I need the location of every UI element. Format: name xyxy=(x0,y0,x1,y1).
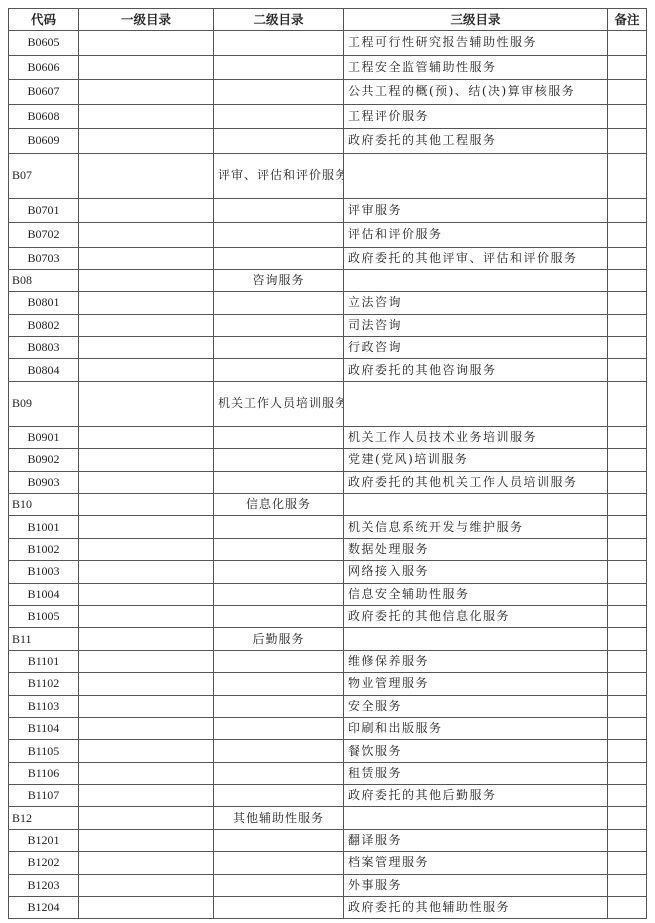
table-header: 代码 一级目录 二级目录 三级目录 备注 xyxy=(9,9,647,31)
cell-note xyxy=(608,31,647,56)
cell-level3: 网络接入服务 xyxy=(344,561,608,583)
cell-note xyxy=(608,852,647,874)
cell-note xyxy=(608,673,647,695)
cell-level3 xyxy=(344,807,608,829)
cell-level1 xyxy=(79,717,214,739)
table-row: B0804 政府委托的其他咨询服务 xyxy=(9,359,647,381)
cell-level3: 政府委托的其他工程服务 xyxy=(344,129,608,154)
cell-code: B1203 xyxy=(9,874,79,896)
cell-level2 xyxy=(214,583,344,605)
cell-level2 xyxy=(214,292,344,314)
cell-note xyxy=(608,695,647,717)
cell-level3: 机关信息系统开发与维护服务 xyxy=(344,516,608,538)
cell-level1 xyxy=(79,494,214,516)
cell-code: B0701 xyxy=(9,198,79,223)
table-group-row: B11 后勤服务 xyxy=(9,628,647,650)
cell-level1 xyxy=(79,359,214,381)
cell-code: B0608 xyxy=(9,104,79,129)
cell-level3: 物业管理服务 xyxy=(344,673,608,695)
cell-note xyxy=(608,829,647,851)
cell-level2 xyxy=(214,223,344,248)
cell-code: B1102 xyxy=(9,673,79,695)
header-note: 备注 xyxy=(608,9,647,31)
cell-note xyxy=(608,337,647,359)
cell-level2: 机关工作人员培训服务 xyxy=(214,381,344,426)
cell-level1 xyxy=(79,104,214,129)
cell-code: B0802 xyxy=(9,314,79,336)
cell-note xyxy=(608,292,647,314)
cell-note xyxy=(608,104,647,129)
cell-level2: 信息化服务 xyxy=(214,494,344,516)
cell-level2: 咨询服务 xyxy=(214,269,344,291)
table-row: B0605 工程可行性研究报告辅助性服务 xyxy=(9,31,647,56)
cell-code: B10 xyxy=(9,494,79,516)
cell-level2 xyxy=(214,104,344,129)
table-row: B1201 翻译服务 xyxy=(9,829,647,851)
cell-level3: 政府委托的其他辅助性服务 xyxy=(344,897,608,919)
cell-note xyxy=(608,628,647,650)
cell-level2: 评审、评估和评价服务 xyxy=(214,153,344,198)
cell-note xyxy=(608,223,647,248)
table-row: B1002 数据处理服务 xyxy=(9,538,647,560)
cell-level3: 政府委托的其他咨询服务 xyxy=(344,359,608,381)
table-group-row: B07 评审、评估和评价服务 xyxy=(9,153,647,198)
header-code: 代码 xyxy=(9,9,79,31)
cell-note xyxy=(608,605,647,627)
cell-code: B12 xyxy=(9,807,79,829)
cell-level3: 安全服务 xyxy=(344,695,608,717)
cell-level2 xyxy=(214,874,344,896)
cell-level2 xyxy=(214,80,344,105)
header-level1: 一级目录 xyxy=(79,9,214,31)
cell-level1 xyxy=(79,449,214,471)
table-row: B1202 档案管理服务 xyxy=(9,852,647,874)
cell-level1 xyxy=(79,292,214,314)
cell-level3: 维修保养服务 xyxy=(344,650,608,672)
table-row: B0902 党建(党风)培训服务 xyxy=(9,449,647,471)
cell-level3: 印刷和出版服务 xyxy=(344,717,608,739)
cell-note xyxy=(608,874,647,896)
cell-note xyxy=(608,807,647,829)
cell-level1 xyxy=(79,740,214,762)
cell-note xyxy=(608,381,647,426)
cell-note xyxy=(608,269,647,291)
table-row: B0802 司法咨询 xyxy=(9,314,647,336)
cell-level1 xyxy=(79,605,214,627)
table-group-row: B12 其他辅助性服务 xyxy=(9,807,647,829)
cell-level2: 后勤服务 xyxy=(214,628,344,650)
cell-level3 xyxy=(344,153,608,198)
cell-level2 xyxy=(214,673,344,695)
cell-code: B0803 xyxy=(9,337,79,359)
cell-note xyxy=(608,762,647,784)
cell-code: B0901 xyxy=(9,426,79,448)
cell-note xyxy=(608,740,647,762)
cell-note xyxy=(608,449,647,471)
cell-level1 xyxy=(79,55,214,80)
table-group-row: B10 信息化服务 xyxy=(9,494,647,516)
cell-level1 xyxy=(79,153,214,198)
cell-level1 xyxy=(79,471,214,493)
cell-note xyxy=(608,516,647,538)
cell-level1 xyxy=(79,829,214,851)
cell-level3: 政府委托的其他信息化服务 xyxy=(344,605,608,627)
cell-code: B1204 xyxy=(9,897,79,919)
cell-level1 xyxy=(79,337,214,359)
table-group-row: B08 咨询服务 xyxy=(9,269,647,291)
cell-code: B0902 xyxy=(9,449,79,471)
cell-level1 xyxy=(79,80,214,105)
table-row: B0606 工程安全监管辅助性服务 xyxy=(9,55,647,80)
cell-note xyxy=(608,247,647,269)
cell-level2 xyxy=(214,561,344,583)
cell-code: B1107 xyxy=(9,785,79,807)
cell-code: B09 xyxy=(9,381,79,426)
cell-level1 xyxy=(79,785,214,807)
cell-level3 xyxy=(344,494,608,516)
cell-level2 xyxy=(214,538,344,560)
cell-level3: 餐饮服务 xyxy=(344,740,608,762)
cell-code: B1004 xyxy=(9,583,79,605)
table-row: B1107 政府委托的其他后勤服务 xyxy=(9,785,647,807)
cell-level1 xyxy=(79,897,214,919)
cell-level2 xyxy=(214,31,344,56)
cell-code: B1104 xyxy=(9,717,79,739)
cell-note xyxy=(608,494,647,516)
header-row: 代码 一级目录 二级目录 三级目录 备注 xyxy=(9,9,647,31)
cell-code: B0703 xyxy=(9,247,79,269)
cell-code: B0606 xyxy=(9,55,79,80)
cell-note xyxy=(608,153,647,198)
table-row: B1103 安全服务 xyxy=(9,695,647,717)
cell-level2 xyxy=(214,650,344,672)
cell-level1 xyxy=(79,852,214,874)
table-row: B0608 工程评价服务 xyxy=(9,104,647,129)
cell-code: B1103 xyxy=(9,695,79,717)
cell-level1 xyxy=(79,426,214,448)
table-row: B0801 立法咨询 xyxy=(9,292,647,314)
cell-level3: 数据处理服务 xyxy=(344,538,608,560)
cell-code: B1106 xyxy=(9,762,79,784)
cell-level3: 立法咨询 xyxy=(344,292,608,314)
cell-level1 xyxy=(79,762,214,784)
table-row: B0703 政府委托的其他评审、评估和评价服务 xyxy=(9,247,647,269)
table-row: B0607 公共工程的概(预)、结(决)算审核服务 xyxy=(9,80,647,105)
cell-level2 xyxy=(214,55,344,80)
cell-code: B1202 xyxy=(9,852,79,874)
cell-level1 xyxy=(79,516,214,538)
service-catalog-table: 代码 一级目录 二级目录 三级目录 备注 B0605 工程可行性研究报告辅助性服… xyxy=(8,8,647,919)
cell-level3: 党建(党风)培训服务 xyxy=(344,449,608,471)
cell-level1 xyxy=(79,807,214,829)
cell-level2 xyxy=(214,762,344,784)
cell-level2 xyxy=(214,471,344,493)
cell-level3: 工程安全监管辅助性服务 xyxy=(344,55,608,80)
cell-note xyxy=(608,785,647,807)
cell-code: B1005 xyxy=(9,605,79,627)
table-row: B1102 物业管理服务 xyxy=(9,673,647,695)
cell-level1 xyxy=(79,874,214,896)
table-row: B1105 餐饮服务 xyxy=(9,740,647,762)
cell-note xyxy=(608,583,647,605)
cell-level2 xyxy=(214,852,344,874)
cell-level1 xyxy=(79,223,214,248)
cell-level3: 机关工作人员技术业务培训服务 xyxy=(344,426,608,448)
cell-level1 xyxy=(79,583,214,605)
cell-level1 xyxy=(79,247,214,269)
table-row: B1101 维修保养服务 xyxy=(9,650,647,672)
cell-note xyxy=(608,129,647,154)
table-row: B0803 行政咨询 xyxy=(9,337,647,359)
table-row: B1106 租赁服务 xyxy=(9,762,647,784)
cell-code: B1101 xyxy=(9,650,79,672)
cell-level1 xyxy=(79,269,214,291)
cell-level1 xyxy=(79,695,214,717)
cell-note xyxy=(608,650,647,672)
table-row: B0609 政府委托的其他工程服务 xyxy=(9,129,647,154)
cell-code: B0801 xyxy=(9,292,79,314)
cell-level2 xyxy=(214,129,344,154)
cell-level2 xyxy=(214,198,344,223)
cell-note xyxy=(608,80,647,105)
cell-note xyxy=(608,426,647,448)
cell-level1 xyxy=(79,314,214,336)
cell-level2 xyxy=(214,426,344,448)
cell-code: B0804 xyxy=(9,359,79,381)
cell-level1 xyxy=(79,31,214,56)
table-row: B0901 机关工作人员技术业务培训服务 xyxy=(9,426,647,448)
table-row: B1005 政府委托的其他信息化服务 xyxy=(9,605,647,627)
cell-level2 xyxy=(214,247,344,269)
cell-code: B0605 xyxy=(9,31,79,56)
table-group-row: B09 机关工作人员培训服务 xyxy=(9,381,647,426)
cell-level2 xyxy=(214,359,344,381)
cell-note xyxy=(608,55,647,80)
cell-level3: 档案管理服务 xyxy=(344,852,608,874)
table-row: B1203 外事服务 xyxy=(9,874,647,896)
cell-level2 xyxy=(214,829,344,851)
cell-code: B0609 xyxy=(9,129,79,154)
cell-code: B1001 xyxy=(9,516,79,538)
cell-level3: 公共工程的概(预)、结(决)算审核服务 xyxy=(344,80,608,105)
cell-level3: 政府委托的其他评审、评估和评价服务 xyxy=(344,247,608,269)
cell-level3: 信息安全辅助性服务 xyxy=(344,583,608,605)
table-body: B0605 工程可行性研究报告辅助性服务 B0606 工程安全监管辅助性服务 B… xyxy=(9,31,647,919)
cell-level2 xyxy=(214,897,344,919)
cell-code: B08 xyxy=(9,269,79,291)
table-row: B1004 信息安全辅助性服务 xyxy=(9,583,647,605)
cell-level1 xyxy=(79,673,214,695)
table-row: B1204 政府委托的其他辅助性服务 xyxy=(9,897,647,919)
cell-note xyxy=(608,471,647,493)
cell-level3: 司法咨询 xyxy=(344,314,608,336)
cell-level3: 政府委托的其他机关工作人员培训服务 xyxy=(344,471,608,493)
cell-level3: 评估和评价服务 xyxy=(344,223,608,248)
cell-level2: 其他辅助性服务 xyxy=(214,807,344,829)
cell-level3: 外事服务 xyxy=(344,874,608,896)
cell-code: B1105 xyxy=(9,740,79,762)
table-row: B0903 政府委托的其他机关工作人员培训服务 xyxy=(9,471,647,493)
cell-level3: 翻译服务 xyxy=(344,829,608,851)
cell-level2 xyxy=(214,449,344,471)
cell-level1 xyxy=(79,650,214,672)
cell-code: B1201 xyxy=(9,829,79,851)
cell-level3: 评审服务 xyxy=(344,198,608,223)
cell-code: B1002 xyxy=(9,538,79,560)
cell-level1 xyxy=(79,561,214,583)
cell-level2 xyxy=(214,695,344,717)
table-row: B1001 机关信息系统开发与维护服务 xyxy=(9,516,647,538)
header-level3: 三级目录 xyxy=(344,9,608,31)
cell-code: B0607 xyxy=(9,80,79,105)
cell-code: B1003 xyxy=(9,561,79,583)
cell-note xyxy=(608,538,647,560)
cell-note xyxy=(608,717,647,739)
cell-level1 xyxy=(79,198,214,223)
cell-level2 xyxy=(214,785,344,807)
cell-note xyxy=(608,359,647,381)
cell-level3: 行政咨询 xyxy=(344,337,608,359)
cell-level1 xyxy=(79,628,214,650)
cell-level1 xyxy=(79,129,214,154)
cell-level3: 政府委托的其他后勤服务 xyxy=(344,785,608,807)
table-row: B1003 网络接入服务 xyxy=(9,561,647,583)
cell-level2 xyxy=(214,740,344,762)
cell-level3: 工程可行性研究报告辅助性服务 xyxy=(344,31,608,56)
cell-level2 xyxy=(214,717,344,739)
cell-code: B11 xyxy=(9,628,79,650)
table-row: B0702 评估和评价服务 xyxy=(9,223,647,248)
cell-level1 xyxy=(79,381,214,426)
header-level2: 二级目录 xyxy=(214,9,344,31)
cell-level3: 租赁服务 xyxy=(344,762,608,784)
cell-level3 xyxy=(344,269,608,291)
cell-level1 xyxy=(79,538,214,560)
cell-note xyxy=(608,314,647,336)
cell-level3: 工程评价服务 xyxy=(344,104,608,129)
cell-code: B0702 xyxy=(9,223,79,248)
cell-code: B0903 xyxy=(9,471,79,493)
cell-note xyxy=(608,198,647,223)
table-row: B1104 印刷和出版服务 xyxy=(9,717,647,739)
cell-level2 xyxy=(214,314,344,336)
cell-level2 xyxy=(214,337,344,359)
cell-level3 xyxy=(344,381,608,426)
cell-note xyxy=(608,897,647,919)
table-row: B0701 评审服务 xyxy=(9,198,647,223)
cell-level3 xyxy=(344,628,608,650)
cell-level2 xyxy=(214,605,344,627)
cell-note xyxy=(608,561,647,583)
cell-code: B07 xyxy=(9,153,79,198)
cell-level2 xyxy=(214,516,344,538)
